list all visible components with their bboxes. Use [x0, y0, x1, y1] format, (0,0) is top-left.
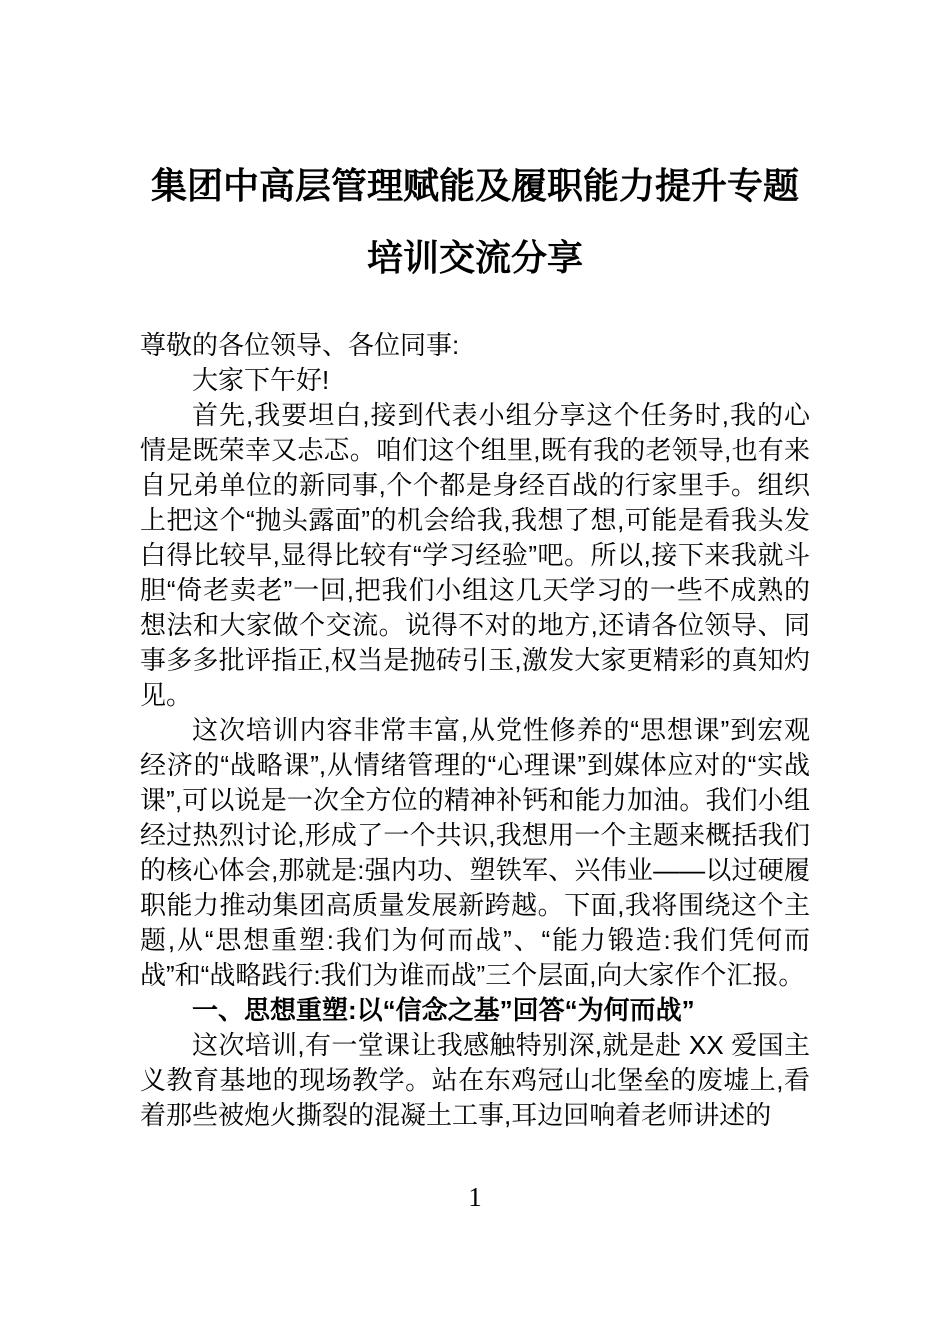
- title-line-1: 集团中高层管理赋能及履职能力提升专题: [0, 150, 950, 222]
- paragraph: 尊敬的各位领导、各位同事:: [140, 328, 810, 363]
- document-title: 集团中高层管理赋能及履职能力提升专题 培训交流分享: [0, 0, 950, 294]
- document-body: 尊敬的各位领导、各位同事:大家下午好!首先,我要坦白,接到代表小组分享这个任务时…: [140, 328, 810, 1133]
- paragraph: 首先,我要坦白,接到代表小组分享这个任务时,我的心情是既荣幸又忐忑。咱们这个组里…: [140, 398, 810, 713]
- title-line-2: 培训交流分享: [0, 222, 950, 294]
- paragraph: 这次培训,有一堂课让我感触特别深,就是赴 XX 爱国主义教育基地的现场教学。站在…: [140, 1028, 810, 1133]
- paragraph: 这次培训内容非常丰富,从党性修养的“思想课”到宏观经济的“战略课”,从情绪管理的…: [140, 713, 810, 993]
- paragraph: 大家下午好!: [140, 363, 810, 398]
- document-page: 集团中高层管理赋能及履职能力提升专题 培训交流分享 尊敬的各位领导、各位同事:大…: [0, 0, 950, 1344]
- section-heading: 一、思想重塑:以“信念之基”回答“为何而战”: [140, 993, 810, 1028]
- page-number: 1: [0, 1180, 950, 1215]
